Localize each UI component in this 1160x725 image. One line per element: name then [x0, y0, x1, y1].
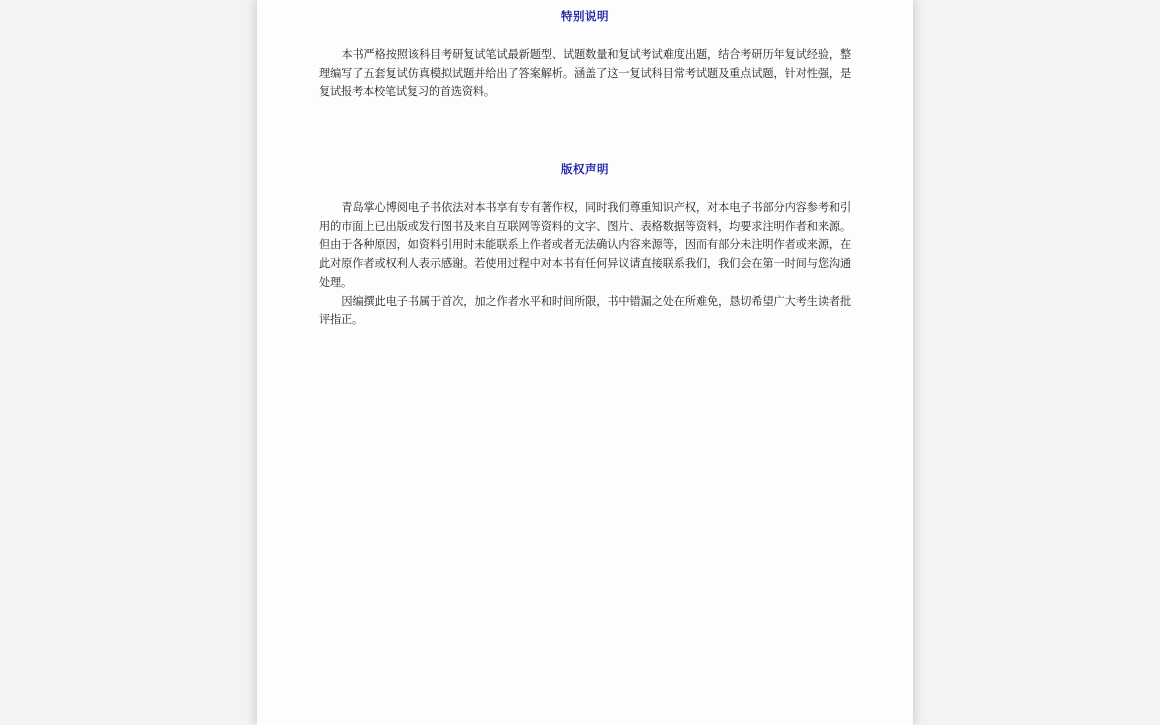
special-notes-section: 本书严格按照该科目考研复试笔试最新题型、试题数量和复试考试难度出题，结合考研历年…: [319, 46, 851, 102]
copyright-heading: 版权声明: [319, 161, 851, 177]
document-viewer[interactable]: 特别说明 本书严格按照该科目考研复试笔试最新题型、试题数量和复试考试难度出题，结…: [0, 0, 1160, 725]
special-notes-heading: 特别说明: [319, 8, 851, 24]
copyright-paragraph-1: 青岛掌心博阅电子书依法对本书享有专有著作权，同时我们尊重知识产权，对本电子书部分…: [319, 199, 851, 293]
copyright-section: 青岛掌心博阅电子书依法对本书享有专有著作权，同时我们尊重知识产权，对本电子书部分…: [319, 199, 851, 330]
special-notes-paragraph: 本书严格按照该科目考研复试笔试最新题型、试题数量和复试考试难度出题，结合考研历年…: [319, 46, 851, 102]
copyright-paragraph-2: 因编撰此电子书属于首次，加之作者水平和时间所限，书中错漏之处在所难免，恳切希望广…: [319, 293, 851, 330]
document-page: 特别说明 本书严格按照该科目考研复试笔试最新题型、试题数量和复试考试难度出题，结…: [257, 0, 913, 725]
